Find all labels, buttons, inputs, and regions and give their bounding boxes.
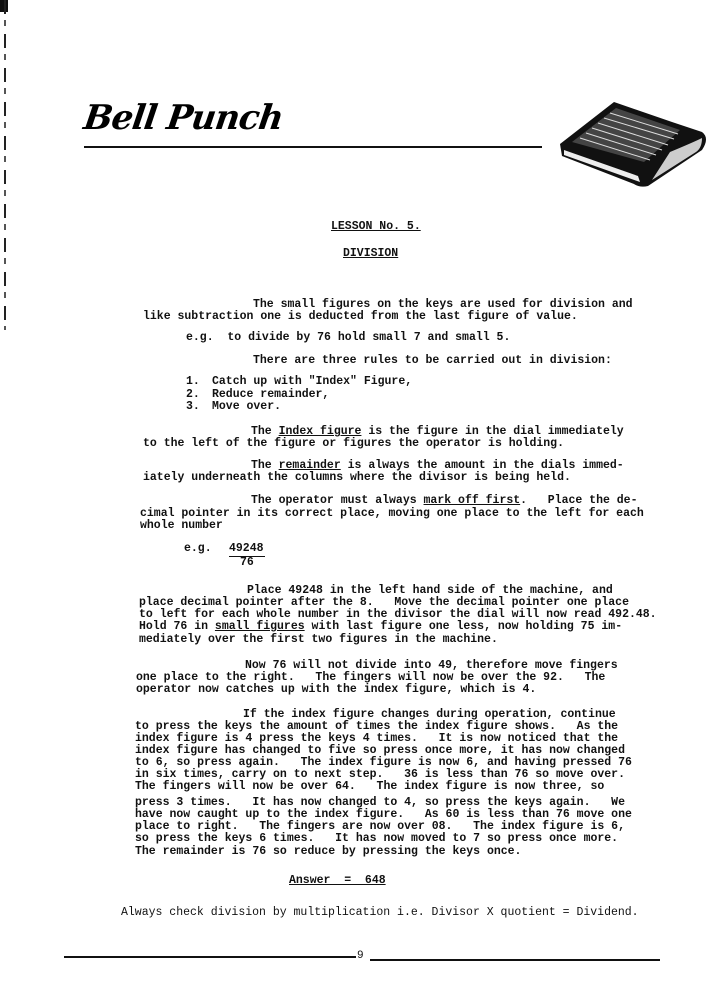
paragraph-if-line11: so press the keys 6 times. It has now mo… [135,833,618,845]
check-division-note: Always check division by multiplication … [121,907,639,919]
scan-edge-artifact [4,0,6,330]
paragraph-place-line4: Hold 76 in small figures with last figur… [139,621,622,633]
paragraph-mark-off-line1: The operator must always mark off first.… [251,495,637,507]
rule-1-number: 1. [186,376,200,388]
paragraph-if-line7: The fingers will now be over 64. The ind… [135,781,604,793]
text-run: The operator must always [251,494,424,507]
document-page: Bell Punch LESSON No. 5. DIVISION The sm… [0,0,720,1000]
rule-3-number: 3. [186,401,200,413]
rule-1-text: Catch up with "Index" Figure, [212,376,412,388]
example-label: e.g. [184,543,212,555]
lesson-subtitle: DIVISION [343,247,398,260]
term-mark-off-first: mark off first [424,494,521,507]
answer: Answer = 648 [289,875,386,887]
text-run: Hold 76 in [139,620,215,633]
paragraph-place-line5: mediately over the first two figures in … [139,634,498,646]
paragraph-index-figure-line2: to the left of the figure or figures the… [143,438,564,450]
paragraph-if-line12: The remainder is 76 so reduce by pressin… [135,846,521,858]
page-number: 9 [357,950,364,962]
calculating-machine-image [552,92,712,187]
lesson-title: LESSON No. 5. [331,220,421,233]
term-small-figures: small figures [215,620,305,633]
paragraph-mark-off-line3: whole number [140,520,223,532]
text-run: with last figure one less, now holding 7… [305,620,622,633]
example-divisor: 76 [240,557,254,569]
footer-rule-left [64,956,356,958]
example-dividend: 49248 [229,543,264,555]
text-run: . Place the de- [520,494,637,507]
paragraph-small-figures-line2: like subtraction one is deducted from th… [143,311,578,323]
rule-3-text: Move over. [212,401,281,413]
example-divide-76: e.g. to divide by 76 hold small 7 and sm… [186,332,510,344]
paragraph-remainder-line2: iately underneath the columns where the … [143,472,571,484]
rules-intro: There are three rules to be carried out … [253,355,612,367]
paragraph-now-line3: operator now catches up with the index f… [136,684,536,696]
header-rule [84,146,542,148]
bell-punch-logo: Bell Punch [81,98,285,138]
footer-rule-right [370,959,660,961]
